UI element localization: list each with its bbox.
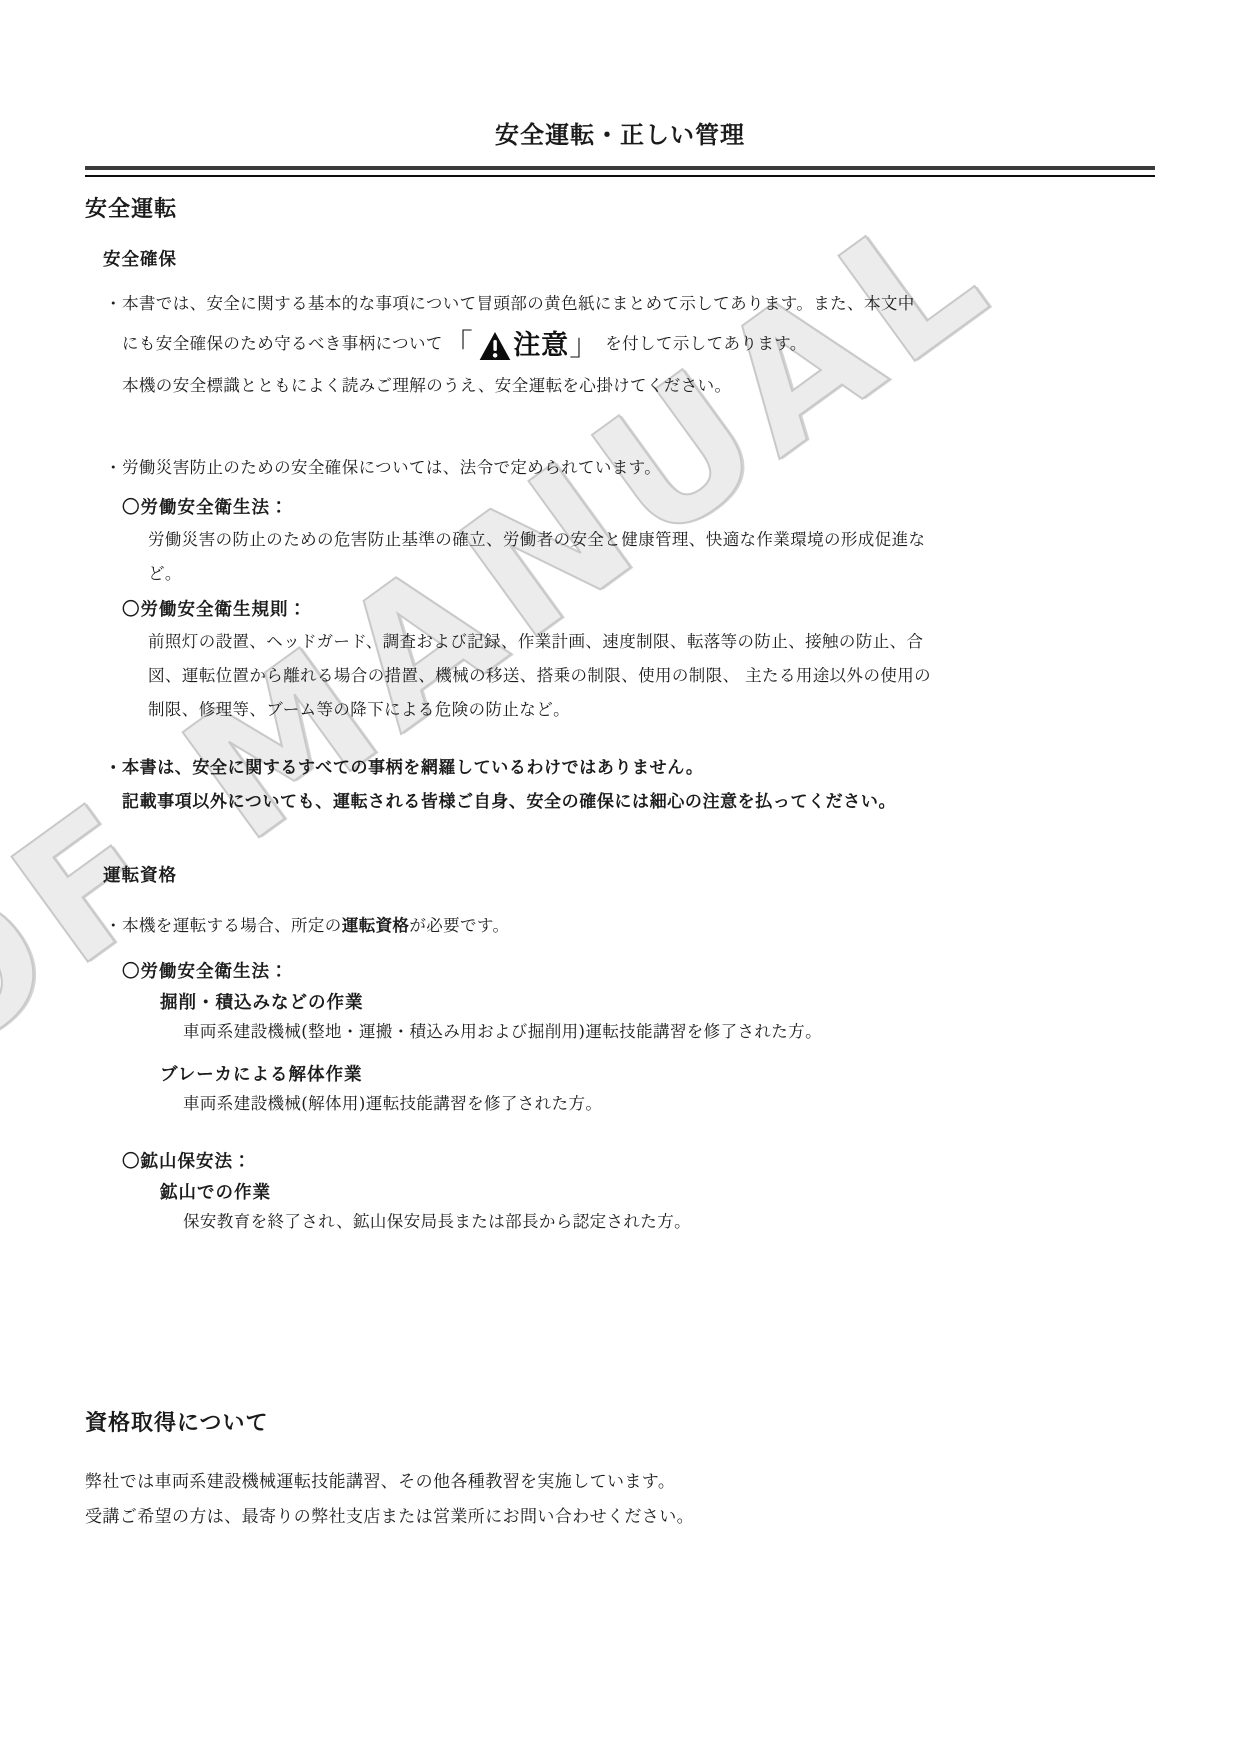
work-category-body: 車両系建設機械(解体用)運転技能講習を修了された方。 <box>85 1089 1155 1119</box>
acquisition-text-line: 受講ご希望の方は、最寄りの弊社支店または営業所にお問い合わせください。 <box>85 1500 1155 1535</box>
bullet-text: 本機を運転する場合、所定の <box>122 916 342 935</box>
subsection-qualification: 運転資格 <box>103 865 1155 887</box>
subsection-safety-assurance: 安全確保 <box>103 249 1155 271</box>
law-body-line: 前照灯の設置、ヘッドガード、調査および記録、作業計画、速度制限、転落等の防止、接… <box>85 625 1155 659</box>
section-title-acquisition: 資格取得について <box>85 1409 1155 1439</box>
law-item: 〇労働安全衛生規則： <box>85 595 1155 625</box>
page-content: 安全運転・正しい管理 安全運転 安全確保 ・ 本書では、安全に関する基本的な事項… <box>0 118 1240 1535</box>
circle-marker: 〇 <box>122 600 141 620</box>
law-label: 労働安全衛生法： <box>141 962 289 982</box>
law-label: 鉱山保安法： <box>141 1152 252 1172</box>
page-title: 安全運転・正しい管理 <box>85 118 1155 152</box>
law-label: 労働安全衛生規則： <box>141 600 308 620</box>
caution-label: 注意 <box>513 323 569 369</box>
bullet-continuation: にも安全確保のため守るべき事柄について「注意」 を付して示してあります。 <box>85 321 1155 369</box>
bullet-text: 労働災害防止のための安全確保については、法令で定められています。 <box>122 458 661 477</box>
bullet-text-emphasis: 運転資格 <box>342 916 410 935</box>
circle-marker: 〇 <box>122 962 141 982</box>
bullet-text: 本書では、安全に関する基本的な事項について冒頭部の黄色紙にまとめて示してあります… <box>122 294 915 313</box>
bullet-text: を付して示してあります。 <box>605 334 806 353</box>
bullet-marker: ・ <box>105 909 122 943</box>
bullet-item: ・ 労働災害防止のための安全確保については、法令で定められています。 <box>85 451 1155 485</box>
law-body-line: 制限、修理等、ブーム等の降下による危険の防止など。 <box>85 693 1155 727</box>
manual-page: OF MANUAL 安全運転・正しい管理 安全運転 安全確保 ・ 本書では、安全… <box>0 0 1240 1755</box>
law-body-line: 労働災害の防止のための危害防止基準の確立、労働者の安全と健康管理、快適な作業環境… <box>85 523 1155 557</box>
warning-triangle-icon <box>479 331 511 361</box>
bullet-continuation: 本機の安全標識とともによく読みご理解のうえ、安全運転を心掛けてください。 <box>85 369 1155 403</box>
caution-open-bracket: 「 <box>443 323 473 369</box>
caution-close-bracket: 」 <box>569 323 599 369</box>
law-body-line: ど。 <box>85 557 1155 591</box>
circle-marker: 〇 <box>122 1152 141 1172</box>
law-body-line: 図、運転位置から離れる場合の措置、機械の移送、搭乗の制限、使用の制限、 主たる用… <box>85 659 1155 693</box>
bullet-marker: ・ <box>105 287 122 321</box>
law-item: 〇鉱山保安法： <box>85 1147 1155 1177</box>
section-title-safe-driving: 安全運転 <box>85 197 1155 223</box>
caution-tag: 「注意」 <box>443 323 600 369</box>
acquisition-text-line: 弊社では車両系建設機械運転技能講習、その他各種教習を実施しています。 <box>85 1465 1155 1500</box>
work-category-body: 車両系建設機械(整地・運搬・積込み用および掘削用)運転技能講習を修了された方。 <box>85 1017 1155 1047</box>
work-category-title: 掘削・積込みなどの作業 <box>85 989 1155 1017</box>
bullet-item: ・ 本書では、安全に関する基本的な事項について冒頭部の黄色紙にまとめて示してあり… <box>85 287 1155 321</box>
bullet-text: 本書は、安全に関するすべての事柄を網羅しているわけではありません。 <box>122 758 703 778</box>
bullet-text: が必要です。 <box>409 916 509 935</box>
work-category-title: 鉱山での作業 <box>85 1179 1155 1207</box>
work-category-title: ブレーカによる解体作業 <box>85 1061 1155 1089</box>
bullet-text: にも安全確保のため守るべき事柄について <box>122 334 443 353</box>
law-item: 〇労働安全衛生法： <box>85 957 1155 987</box>
bullet-continuation: 記載事項以外についても、運転される皆様ご自身、安全の確保には細心の注意を払ってく… <box>85 785 1155 819</box>
circle-marker: 〇 <box>122 498 141 518</box>
bullet-marker: ・ <box>105 751 122 785</box>
work-category-body: 保安教育を終了され、鉱山保安局長または部長から認定された方。 <box>85 1207 1155 1237</box>
law-item: 〇労働安全衛生法： <box>85 493 1155 523</box>
title-divider-rule <box>85 166 1155 177</box>
bullet-item: ・ 本書は、安全に関するすべての事柄を網羅しているわけではありません。 <box>85 751 1155 785</box>
law-label: 労働安全衛生法： <box>141 498 289 518</box>
bullet-marker: ・ <box>105 451 122 485</box>
bullet-item: ・ 本機を運転する場合、所定の運転資格が必要です。 <box>85 909 1155 943</box>
